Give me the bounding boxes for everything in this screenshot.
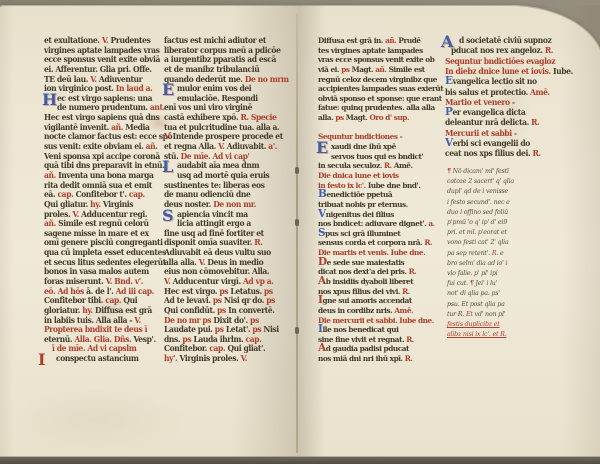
- body-text: pducat nos rex angeloz.: [451, 46, 545, 55]
- illuminated-initial-I: I: [38, 352, 45, 368]
- body-text: Nō dicam' ml' festī: [453, 168, 509, 175]
- text-line: fui cut. ¶ Jei' i lu': [447, 280, 497, 288]
- body-text: viā ei.: [318, 65, 341, 74]
- body-text: audabit aīa mea dnm: [177, 161, 259, 170]
- body-text: servos tuos qui es bndict': [331, 151, 423, 160]
- text-line: Sequntur bndictiōes evagloz: [445, 56, 555, 65]
- body-text: tua et pulcritudine tua. alla a.: [164, 123, 279, 132]
- body-text: Inventa una bona marga: [56, 171, 154, 180]
- body-text: usq ad mortē quia eruis: [177, 171, 269, 180]
- body-text: Lauda ihrlm.: [191, 335, 245, 344]
- text-line: Qui gliatur. hy. Virginis: [44, 200, 133, 209]
- text-line: tur R. Et vd' non pl': [447, 311, 505, 319]
- rubric-text: R.: [409, 267, 417, 276]
- rubric-text: Martio et venero -: [445, 98, 515, 107]
- body-text: nos bndicet: adiuvare dignet'.: [318, 219, 428, 228]
- rubric-text: R.: [405, 354, 413, 363]
- manuscript-text-layer: et exultatione. V. Prudentesvirgines apt…: [0, 0, 600, 464]
- rubric-text: R.: [532, 149, 540, 158]
- body-text: Media: [123, 123, 150, 132]
- text-line: a iurgentibz pparatis ad escā: [164, 55, 276, 64]
- text-line: sensus corda et corpora nrā. R.: [318, 238, 432, 247]
- text-line: Die martis et venis. Iube dne.: [318, 248, 425, 257]
- rubric-text: ps: [335, 113, 343, 122]
- text-line: dns. ps Lauda ihrlm. cap.: [164, 335, 261, 344]
- rubric-text: Mercurii et sabbi -: [445, 129, 517, 138]
- text-line: TE deū lau. V. Adiuventur: [44, 74, 142, 83]
- rubric-text: In laud a.: [116, 84, 153, 93]
- rubric-text: V.: [241, 354, 247, 363]
- body-text: vigilantē invenit.: [44, 123, 111, 132]
- rubric-text: R.: [424, 238, 432, 247]
- rubric-text: cap.: [209, 344, 225, 353]
- body-text: bonos in vasa malos autem: [44, 267, 149, 276]
- text-line: rita dedit omniā sua et emit: [44, 180, 152, 189]
- rubric-text: hy.: [82, 306, 93, 315]
- body-text: mulor enim vos dei: [177, 84, 251, 93]
- body-text: Prudē: [396, 36, 420, 45]
- text-line: Martio et venero -: [445, 98, 515, 107]
- rubric-text: V. Bnd. v'.: [106, 277, 143, 286]
- rubric-text: añ.: [44, 171, 56, 180]
- text-line: tes virgines aptate lampades: [318, 45, 423, 54]
- body-text: Deus in medio: [205, 258, 263, 267]
- text-line: De sede sue maiestatis: [318, 258, 404, 267]
- text-line: quā tibi dns preparavit in etnū.: [44, 161, 164, 170]
- text-line: nos miā dni nri ihū xpī. R.: [318, 354, 412, 363]
- body-text: ec est virgo sapiens: una: [57, 94, 152, 103]
- rubric-text: De no mr ps: [164, 315, 211, 324]
- body-text: dupl' qd de i venisse: [447, 188, 508, 195]
- body-text: Vesp'.: [134, 335, 156, 344]
- text-line: Benedictiōe ppetuā: [318, 190, 392, 199]
- text-line: viā ei. ps Magt. añ. Simile est: [318, 65, 425, 74]
- rubric-text: a'.: [268, 142, 277, 151]
- body-text: enedictiōe ppetuā: [326, 190, 392, 199]
- illuminated-initial-A: A: [441, 34, 453, 50]
- body-text: tur R.: [447, 311, 466, 318]
- rubric-text: añ.: [146, 142, 158, 151]
- body-text: in secula seculoz.: [318, 161, 384, 170]
- text-line: et secus litus sedentes elegerūt: [44, 258, 166, 267]
- text-line: tribuat nobis pr eternus.: [318, 200, 408, 209]
- body-text: omī genere pisciū congreganti: [44, 238, 163, 247]
- rubric-text: hy'.: [164, 354, 180, 363]
- rubric-text: Et: [466, 311, 473, 318]
- body-text: nos xpus filius dei vivi.: [318, 286, 402, 295]
- rubric-text: Amē.: [394, 306, 413, 315]
- text-line: Die dnica lune et iovis: [318, 171, 399, 180]
- body-text: Hec est virgo sapiens quā dns: [44, 113, 159, 122]
- body-text: fatue: quinq prudentes. alla alla: [318, 103, 435, 112]
- body-text: In convertē.: [226, 306, 275, 315]
- body-text: Adiuvabit eā deus vultu suo: [164, 248, 271, 257]
- text-line: Verbi sci evangelii do: [445, 139, 530, 148]
- body-text: deleantur nrā delicta.: [445, 118, 531, 127]
- body-text: emulaciōe. Respondi: [177, 94, 258, 103]
- body-text: sensus corda et corpora nrā.: [318, 238, 424, 247]
- text-line: Spus sci grā illuminet: [318, 229, 400, 238]
- text-line: qua cū impleta esset educentes: [44, 248, 166, 257]
- body-text: pri. et mī. p'eorat et: [447, 229, 507, 236]
- body-text: tribuat nobis pr eternus.: [318, 200, 408, 209]
- body-text: Iube dne bnd'.: [368, 180, 421, 189]
- text-line: et regna Alla. V. Adiuvabit. a'.: [164, 142, 277, 151]
- text-line: liberator corpus meū a pdicōe: [164, 45, 281, 54]
- body-text: obviā sponso et sponse: que erant: [318, 94, 442, 103]
- text-line: ¶ Nō dicam' ml' festī: [447, 168, 509, 176]
- body-text: eā.: [44, 190, 57, 199]
- body-text: pus sci grā illuminet: [325, 229, 400, 238]
- text-line: d societatē civiū supnoz: [445, 36, 551, 45]
- body-text: apiencia vincit ma: [177, 209, 248, 218]
- rubric-text: R. Specie: [240, 113, 276, 122]
- body-text: Diffusa est grā: [93, 306, 152, 315]
- rubric-text: ps: [252, 325, 261, 334]
- text-line: in labiis tuis. Alla alla - V.: [44, 315, 141, 324]
- text-line: Diffusa est grā in. añ. Prudē: [318, 36, 421, 45]
- text-line: eius non cōmovebitur. Alla.: [164, 267, 269, 276]
- rubric-text: ī de mīe. Ad vi capslm: [52, 344, 136, 353]
- body-text: xaudi dne ihū xpē: [331, 142, 396, 151]
- text-line: vlo falie. p' pl' ipi: [447, 270, 498, 278]
- body-text: A: [318, 342, 326, 354]
- rubric-text: Oro d' sup.: [369, 113, 409, 122]
- body-text: fine usq ad finē fortiter et: [164, 229, 264, 238]
- body-text: eternū.: [44, 335, 74, 344]
- text-line: vono festi cat' 2' qlia: [447, 239, 509, 247]
- body-text: alla.: [318, 113, 335, 122]
- text-line: pducat nos rex angeloz. R.: [445, 46, 553, 55]
- text-line: mulor enim vos dei: [164, 84, 251, 93]
- rubric-text: ps: [217, 306, 226, 315]
- body-text: Nisi qr do.: [222, 296, 267, 305]
- text-line: psu. Et post qlia pa: [447, 301, 505, 309]
- text-line: in festo ix lc'. Iube dne bnd'.: [318, 180, 420, 189]
- text-line: et exultatione. V. Prudentes: [44, 36, 150, 45]
- body-text: b insidiis dyaboli liberet: [326, 277, 413, 286]
- text-line: bis salus et protectio. Amē.: [445, 87, 550, 96]
- body-text: vras ecce sponsus venit exite ob: [318, 55, 434, 64]
- text-line: regnū celoz decem virginibz que: [318, 74, 437, 83]
- text-line: catoze 2 sacert' q' qlia: [447, 178, 514, 186]
- text-line: Propterea bndixit te deus ī: [44, 325, 147, 334]
- body-text: enī vos uni viro virginē: [164, 103, 252, 112]
- rubric-text: ps: [213, 296, 222, 305]
- body-text: sagene misse in mare et ex: [44, 229, 149, 238]
- body-text: e sede sue maiestatis: [327, 258, 405, 267]
- body-text: TE deū lau.: [44, 74, 90, 83]
- body-text: et exultatione.: [44, 36, 102, 45]
- rubric-text: De non mr.: [213, 200, 256, 209]
- rubric-text: V.: [134, 315, 140, 324]
- text-line: añ. Simile est regnū celorū: [44, 219, 149, 228]
- body-text: pa sep retent'.: [447, 250, 492, 257]
- text-line: virgines aptate lampades vras: [44, 45, 160, 54]
- body-text: liberator corpus meū a pdicōe: [164, 45, 281, 54]
- rubric-text: De mīe. Ad vi cap': [181, 151, 250, 160]
- rubric-text: Propterea bndixit te deus ī: [44, 325, 147, 334]
- rubric-text: cap.: [105, 296, 121, 305]
- text-line: factus est michi adiutor et: [164, 36, 266, 45]
- text-line: dupl' qd de i venisse: [447, 188, 508, 196]
- body-text: de manu odienciū dne: [164, 190, 250, 199]
- body-text: e: [498, 250, 503, 257]
- rubric-text: ps: [266, 296, 275, 305]
- text-line: fatue: quinq prudentes. alla alla: [318, 103, 435, 112]
- text-line: deus noster. De non mr.: [164, 200, 256, 209]
- text-line: Vnigenitus dei filius: [318, 209, 394, 218]
- text-line: De no mr ps Dixit do'. ps: [164, 315, 259, 324]
- body-text: Qui gliatur.: [44, 200, 90, 209]
- text-line: vigilantē invenit. añ. Media: [44, 123, 150, 132]
- text-line: ecce sponsus venit exite obviā: [44, 55, 160, 64]
- body-text: bro selm' dia ad io' i: [447, 260, 507, 267]
- rubric-text: cap.: [246, 335, 262, 344]
- body-text: vangelica lectio sit no: [453, 77, 537, 86]
- text-line: servos tuos qui es bndict': [318, 151, 423, 160]
- body-text: Simile est: [386, 65, 424, 74]
- text-line: In diebz dnice lune et iovis. Iube.: [445, 67, 573, 76]
- text-line: tua et pulcritudine tua. alla a.: [164, 123, 279, 132]
- body-text: Nisi: [261, 325, 279, 334]
- text-line: Ad te levavi. ps Nisi qr do. ps: [164, 296, 275, 305]
- body-text: sine fine vivit et regnat.: [318, 335, 406, 344]
- text-line: añ. Inventa una bona marga: [44, 171, 154, 180]
- text-line: ī de mīe. Ad vi capslm: [44, 344, 136, 353]
- illuminated-initial-H: H: [42, 92, 57, 108]
- text-line: Sequntur bndictiones -: [318, 132, 402, 141]
- body-text: ecce sponsus venit exite obviā: [44, 55, 160, 64]
- body-text: Jei' i lu': [474, 280, 498, 287]
- body-text: Qui: [121, 296, 137, 305]
- illuminated-initial-E: E: [316, 140, 328, 156]
- text-line: foras miserunt. V. Bnd. v'.: [44, 277, 143, 286]
- body-text: A: [318, 275, 326, 287]
- text-line: alibz nisi ix lc'. et R.: [447, 331, 507, 339]
- body-text: E: [445, 75, 453, 87]
- body-text: Virginis proles.: [180, 354, 241, 363]
- rubric-text: añ.: [375, 65, 386, 74]
- text-line: Adiuvabit eā deus vultu suo: [164, 248, 271, 257]
- text-line: Die mercurii et sabbi. Iube dne.: [318, 315, 434, 324]
- rubric-text: ps: [215, 325, 224, 334]
- text-line: V. Adducentur virgī. Ad vp a.: [164, 277, 274, 286]
- body-text: proles.: [44, 209, 72, 218]
- text-line: et de manibz tribulanciū: [164, 65, 259, 74]
- text-line: duo i offino sed foliū: [447, 209, 508, 217]
- text-line: pri. et mī. p'eorat et: [447, 229, 507, 237]
- rubric-text: a.: [428, 219, 434, 228]
- body-text: erbi sci evangelii do: [453, 139, 530, 148]
- body-text: Amē.: [392, 161, 413, 170]
- rubric-text: R.: [254, 238, 262, 247]
- rubric-text: añ.: [111, 123, 123, 132]
- text-line: ion virginico post. In laud a.: [44, 84, 152, 93]
- body-text: vlo falie. p' pl' ipi: [447, 270, 498, 277]
- rubric-text: añ.: [385, 36, 396, 45]
- body-text: quā tibi dns preparavit in etnū.: [44, 161, 164, 170]
- rubric-text: Sequntur bndictiōes evagloz: [445, 56, 555, 65]
- body-text: P: [445, 106, 453, 118]
- body-text: Adiuventur: [97, 74, 143, 83]
- body-text: Ad te levavi.: [164, 296, 213, 305]
- body-text: p'pmū 'o q' ip' d' ei9: [447, 219, 507, 226]
- body-text: eius non cōmovebitur. Alla.: [164, 267, 269, 276]
- rubric-text: Alla. Glia. Dñs.: [74, 335, 133, 344]
- body-text: vono festi cat' 2' qlia: [447, 239, 509, 246]
- text-line: xaudi dne ihū xpē: [318, 142, 396, 151]
- text-line: alla. ps Magt. Oro d' sup.: [318, 113, 409, 122]
- text-line: deleantur nrā delicta. R.: [445, 118, 539, 127]
- text-line: quando dederūt me. De no mrm: [164, 74, 289, 83]
- body-text: rita dedit omniā sua et emit: [44, 180, 152, 189]
- illuminated-initial-S: S: [162, 208, 174, 224]
- body-text: deus in cordibz nris.: [318, 306, 394, 315]
- illuminated-initial-L: L: [162, 159, 173, 175]
- rubric-text: ps: [219, 286, 228, 295]
- text-line: Hec est virgo. ps Letatus. ps: [164, 286, 273, 295]
- body-text: Qui confidūt.: [164, 306, 217, 315]
- text-line: de numero prudentum. ant.: [44, 103, 165, 112]
- text-line: eternū. Alla. Glia. Dñs. Vesp'.: [44, 335, 156, 344]
- rubric-text: Ad iii cap.: [116, 286, 154, 295]
- rubric-text: ps: [341, 65, 349, 74]
- text-line: hy'. Virginis proles. V.: [164, 354, 247, 363]
- text-line: Ad gaudia padisi pducat: [318, 344, 409, 353]
- rubric-text: Ad vp a.: [243, 277, 274, 286]
- rubric-text: cap.: [57, 190, 73, 199]
- rubric-text: ps: [264, 286, 273, 295]
- body-text: d societatē civiū supnoz: [459, 36, 551, 45]
- text-line: eā. cap. Confitebor t'. cap.: [44, 190, 145, 199]
- body-text: Iube.: [553, 67, 573, 76]
- rubric-text: añ.: [44, 219, 56, 228]
- body-text: Hec est virgo.: [164, 286, 219, 295]
- body-text: Veni sponsa xpi accipe coronā: [44, 151, 160, 160]
- text-line: not' di qlia pa. ps': [447, 290, 500, 298]
- body-text: Simile est regnū celorū: [56, 219, 149, 228]
- text-line: bonos in vasa malos autem: [44, 267, 149, 276]
- body-text: nos miā dni nri ihū xpī.: [318, 354, 405, 363]
- body-text: nocte clamor factus est: ecce spō: [44, 132, 172, 141]
- body-text: ceat nos xps filius dei.: [445, 149, 532, 158]
- rubric-text: R.: [531, 118, 539, 127]
- body-text: ei. Afferentur. Glia pri. Offe.: [44, 65, 152, 74]
- text-line: Qui confidūt. ps In convertē.: [164, 306, 274, 315]
- text-line: deus in cordibz nris. Amē.: [318, 306, 413, 315]
- text-line: conspectu astancium: [44, 354, 139, 363]
- text-line: vras ecce sponsus venit exite ob: [318, 55, 434, 64]
- body-text: er evangelica dicta: [453, 108, 526, 117]
- text-line: i festo secund'. nec e: [447, 199, 510, 207]
- text-line: emulaciōe. Respondi: [164, 94, 258, 103]
- body-text: Confitebor tibi.: [44, 296, 105, 305]
- body-text: Virginis: [101, 200, 134, 209]
- text-line: audabit aīa mea dnm: [164, 161, 259, 170]
- body-text: in labiis tuis. Alla alla -: [44, 315, 134, 324]
- text-line: fine usq ad finē fortiter et: [164, 229, 264, 238]
- rubric-text: eō. Ad hōs: [44, 286, 86, 295]
- body-text: regnū celoz decem virginibz que: [318, 74, 437, 83]
- text-line: gloriatur. hy. Diffusa est grā: [44, 306, 152, 315]
- text-line: Veni sponsa xpi accipe coronā: [44, 151, 160, 160]
- body-text: Qui gliat'.: [225, 344, 265, 353]
- text-line: Laudate pui. ps Letat'. ps Nisi: [164, 325, 279, 334]
- body-text: et secus litus sedentes elegerūt: [44, 258, 166, 267]
- text-line: Ab insidiis dyaboli liberet: [318, 277, 413, 286]
- body-text: alla alla.: [164, 258, 199, 267]
- text-line: eō. Ad hōs ā. de l'. Ad iii cap.: [44, 286, 154, 295]
- body-text: licia attingit ergo a: [177, 219, 251, 228]
- text-line: de manu odienciū dne: [164, 190, 250, 199]
- text-line: Igne sui amoris accendat: [318, 296, 412, 305]
- body-text: et regna Alla.: [164, 142, 218, 151]
- body-text: factus est michi adiutor et: [164, 36, 266, 45]
- rubric-text: R.: [545, 46, 553, 55]
- rubric-text: cap.: [129, 190, 145, 199]
- body-text: Letat'.: [224, 325, 253, 334]
- body-text: tes virgines aptate lampades: [318, 45, 423, 54]
- text-line: Ille nos benedicat qui: [318, 325, 398, 334]
- text-line: Confitebor. cap. Qui gliat'.: [164, 344, 265, 353]
- body-text: castā exhibere xpō.: [164, 113, 240, 122]
- text-line: disponit omīa suaviter. R.: [164, 238, 262, 247]
- text-line: sagene misse in mare et ex: [44, 229, 149, 238]
- text-line: apiencia vincit ma: [164, 209, 248, 218]
- text-line: ceat nos xps filius dei. R.: [445, 149, 541, 158]
- body-text: Adiuvabit.: [225, 142, 269, 151]
- text-line: enī vos uni viro virginē: [164, 103, 252, 112]
- body-text: accipientes lampades suas exierūt: [318, 84, 443, 93]
- body-text: not' di qlia pa. ps': [447, 290, 500, 297]
- body-text: Magt.: [350, 65, 376, 74]
- body-text: Confitebor t'.: [73, 190, 129, 199]
- body-text: et de manibz tribulanciū: [164, 65, 259, 74]
- text-line: licia attingit ergo a: [164, 219, 251, 228]
- rubric-text: R.: [406, 335, 414, 344]
- rubric-text: Amē.: [530, 87, 550, 96]
- text-line: Evangelica lectio sit no: [445, 77, 537, 86]
- text-line: obviā sponso et sponse: que erant: [318, 94, 442, 103]
- body-text: sus venit: exite obviam ei.: [44, 142, 146, 151]
- body-text: nigenitus dei filius: [326, 209, 394, 218]
- manuscript-photo: et exultatione. V. Prudentesvirgines apt…: [0, 0, 600, 464]
- body-text: virgines aptate lampades vras: [44, 45, 160, 54]
- body-text: Intende prospere procede et: [170, 132, 282, 141]
- rubric-text: ps: [182, 335, 191, 344]
- rubric-text: R.: [402, 286, 410, 295]
- text-line: pa sep retent'. R. e: [447, 250, 504, 258]
- text-line: sustinentes te: liberas eos: [164, 180, 265, 189]
- text-line: Confitebor tibi. cap. Qui: [44, 296, 137, 305]
- text-line: alla alla. V. Deus in medio: [164, 258, 263, 267]
- body-text: fui cut.: [447, 280, 470, 287]
- text-line: Per evangelica dicta: [445, 108, 525, 117]
- body-text: festis duplicibz et: [447, 321, 500, 328]
- text-line: in secula seculoz. R. Amē.: [318, 161, 413, 170]
- text-line: castā exhibere xpō. R. Specie: [164, 113, 276, 122]
- body-text: disponit omīa suaviter.: [164, 238, 254, 247]
- text-line: festis duplicibz et: [447, 321, 500, 329]
- body-text: Confitebor.: [164, 344, 209, 353]
- text-line: omī genere pisciū congreganti: [44, 238, 163, 247]
- text-line: sus venit: exite obviam ei. añ.: [44, 142, 158, 151]
- body-text: a iurgentibz pparatis ad escā: [164, 55, 276, 64]
- body-text: Adducentur virgī.: [170, 277, 243, 286]
- book-bottom-edge: [0, 457, 600, 464]
- body-text: lle nos benedicat qui: [322, 325, 398, 334]
